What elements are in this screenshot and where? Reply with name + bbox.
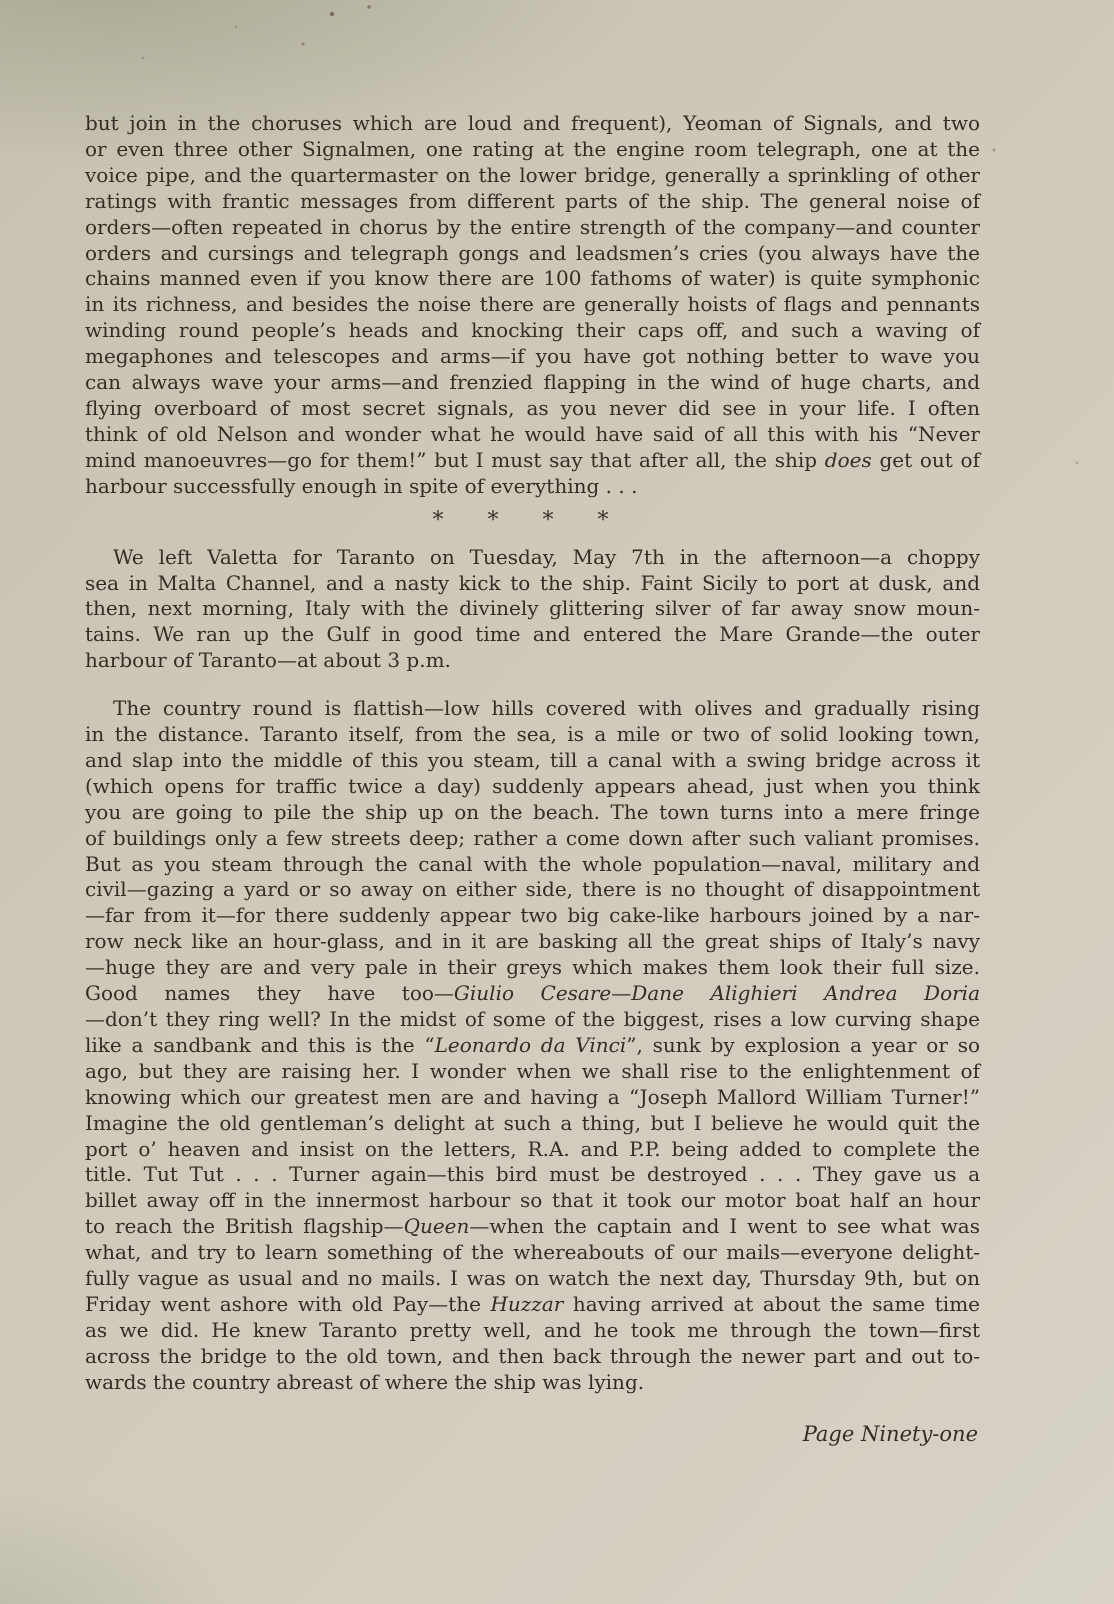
text-run: —when the captain and I went to see what…: [469, 1214, 980, 1238]
text-line: in its richness, and besides the noise t…: [85, 292, 980, 318]
text-line: orders and cursings and telegraph gongs …: [85, 241, 980, 267]
text-line: think of old Nelson and wonder what he w…: [85, 422, 980, 448]
text-run: ago, but they are raising her. I wonder …: [85, 1059, 980, 1083]
text-run: —far from it—for there suddenly appear t…: [85, 903, 980, 927]
paragraph: We left Valetta for Taranto on Tuesday, …: [85, 545, 980, 675]
text-run: in the distance. Taranto itself, from th…: [85, 722, 980, 746]
text-line: chains manned even if you know there are…: [85, 266, 980, 292]
paragraph: but join in the choruses which are loud …: [85, 111, 980, 500]
text-run: Huzzar: [490, 1292, 563, 1316]
paragraph: The country round is flattish—low hills …: [85, 696, 980, 1395]
text-line: fully vague as usual and no mails. I was…: [85, 1266, 980, 1292]
text-line: Good names they have too—Giulio Cesare—D…: [85, 981, 980, 1007]
asterisk-icon: *: [433, 508, 444, 534]
text-line: row neck like an hour-glass, and in it a…: [85, 929, 980, 955]
text-line: and slap into the middle of this you ste…: [85, 748, 980, 774]
text-run: But as you steam through the canal with …: [85, 852, 980, 876]
asterisk-icon: *: [543, 508, 554, 534]
text-run: tains. We ran up the Gulf in good time a…: [85, 622, 980, 646]
text-line: ago, but they are raising her. I wonder …: [85, 1059, 980, 1085]
text-line: (which opens for traffic twice a day) su…: [85, 774, 980, 800]
text-line: like a sandbank and this is the “Leonard…: [85, 1033, 980, 1059]
text-line: billet away off in the innermost harbour…: [85, 1188, 980, 1214]
text-line: winding round people’s heads and knockin…: [85, 318, 980, 344]
text-run: Leonardo da Vinci: [435, 1033, 627, 1057]
text-line: can always wave your arms—and frenzied f…: [85, 370, 980, 396]
page-number: Page Ninety-one: [85, 1422, 980, 1448]
text-line: harbour of Taranto—at about 3 p.m.: [85, 648, 980, 674]
text-run: knowing which our greatest men are and h…: [85, 1085, 980, 1109]
asterisk-icon: *: [488, 508, 499, 534]
page-text: but join in the choruses which are loud …: [85, 111, 980, 1396]
text-line: flying overboard of most secret signals,…: [85, 396, 980, 422]
text-run: megaphones and telescopes and arms—if yo…: [85, 344, 980, 368]
text-run: The country round is flattish—low hills …: [113, 696, 980, 720]
text-run: winding round people’s heads and knockin…: [85, 318, 980, 342]
text-line: or even three other Signalmen, one ratin…: [85, 137, 980, 163]
text-run: in its richness, and besides the noise t…: [85, 292, 980, 316]
text-line: —don’t they ring well? In the midst of s…: [85, 1007, 980, 1033]
text-line: knowing which our greatest men are and h…: [85, 1085, 980, 1111]
text-run: but join in the choruses which are loud …: [85, 111, 980, 135]
text-run: ”, sunk by explosion a year or so: [626, 1033, 980, 1057]
text-line: as we did. He knew Taranto pretty well, …: [85, 1318, 980, 1344]
text-line: across the bridge to the old town, and t…: [85, 1344, 980, 1370]
text-line: what, and try to learn something of the …: [85, 1240, 980, 1266]
text-run: title. Tut Tut . . . Turner again—this b…: [85, 1162, 980, 1186]
text-run: across the bridge to the old town, and t…: [85, 1344, 980, 1368]
text-line: then, next morning, Italy with the divin…: [85, 596, 980, 622]
asterisk-icon: *: [598, 508, 609, 534]
text-run: row neck like an hour-glass, and in it a…: [85, 929, 980, 953]
text-run: Imagine the old gentleman’s delight at s…: [85, 1111, 980, 1135]
text-run: and slap into the middle of this you ste…: [85, 748, 980, 772]
text-run: billet away off in the innermost harbour…: [85, 1188, 980, 1212]
book-page: but join in the choruses which are loud …: [0, 0, 1114, 1604]
text-run: does: [825, 448, 872, 472]
text-line: you are going to pile the ship up on the…: [85, 800, 980, 826]
text-line: wards the country abreast of where the s…: [85, 1370, 980, 1396]
text-run: sea in Malta Channel, and a nasty kick t…: [85, 571, 980, 595]
text-run: civil—gazing a yard or so away on either…: [85, 877, 980, 901]
text-line: We left Valetta for Taranto on Tuesday, …: [85, 545, 980, 571]
text-run: Giulio Cesare: [454, 981, 611, 1005]
text-line: of buildings only a few streets deep; ra…: [85, 826, 980, 852]
text-line: But as you steam through the canal with …: [85, 852, 980, 878]
text-run: mind manoeuvres—go for them!” but I must…: [85, 448, 825, 472]
text-line: in the distance. Taranto itself, from th…: [85, 722, 980, 748]
text-run: you are going to pile the ship up on the…: [85, 800, 980, 824]
text-run: fully vague as usual and no mails. I was…: [85, 1266, 980, 1290]
text-line: voice pipe, and the quartermaster on the…: [85, 163, 980, 189]
text-run: get out of: [872, 448, 980, 472]
text-run: —: [611, 981, 631, 1005]
text-line: ratings with frantic messages from diffe…: [85, 189, 980, 215]
text-run: Good names they have too—: [85, 981, 454, 1005]
text-run: voice pipe, and the quartermaster on the…: [85, 163, 980, 187]
text-line: title. Tut Tut . . . Turner again—this b…: [85, 1162, 980, 1188]
section-separator: ****: [73, 508, 968, 534]
text-run: like a sandbank and this is the “: [85, 1033, 435, 1057]
text-line: mind manoeuvres—go for them!” but I must…: [85, 448, 980, 474]
text-run: flying overboard of most secret signals,…: [85, 396, 980, 420]
text-run: then, next morning, Italy with the divin…: [85, 596, 980, 620]
text-run: orders and cursings and telegraph gongs …: [85, 241, 980, 265]
text-line: tains. We ran up the Gulf in good time a…: [85, 622, 980, 648]
text-run: orders—often repeated in chorus by the e…: [85, 215, 980, 239]
text-run: —huge they are and very pale in their gr…: [85, 955, 980, 979]
text-run: think of old Nelson and wonder what he w…: [85, 422, 980, 446]
text-run: (which opens for traffic twice a day) su…: [85, 774, 980, 798]
text-run: We left Valetta for Taranto on Tuesday, …: [113, 545, 980, 569]
text-run: can always wave your arms—and frenzied f…: [85, 370, 980, 394]
text-run: chains manned even if you know there are…: [85, 266, 980, 290]
text-run: —don’t they ring well? In the midst of s…: [85, 1007, 980, 1031]
text-run: what, and try to learn something of the …: [85, 1240, 980, 1264]
text-line: but join in the choruses which are loud …: [85, 111, 980, 137]
text-run: wards the country abreast of where the s…: [85, 1370, 644, 1394]
text-run: of buildings only a few streets deep; ra…: [85, 826, 980, 850]
text-line: sea in Malta Channel, and a nasty kick t…: [85, 571, 980, 597]
text-line: The country round is flattish—low hills …: [85, 696, 980, 722]
text-line: port o’ heaven and insist on the letters…: [85, 1137, 980, 1163]
text-line: Imagine the old gentleman’s delight at s…: [85, 1111, 980, 1137]
text-run: Dane Alighieri Andrea Doria: [631, 981, 980, 1005]
text-line: —huge they are and very pale in their gr…: [85, 955, 980, 981]
text-line: —far from it—for there suddenly appear t…: [85, 903, 980, 929]
text-run: as we did. He knew Taranto pretty well, …: [85, 1318, 980, 1342]
text-line: Friday went ashore with old Pay—the Huzz…: [85, 1292, 980, 1318]
text-run: Queen: [404, 1214, 470, 1238]
text-run: ratings with frantic messages from diffe…: [85, 189, 980, 213]
text-line: civil—gazing a yard or so away on either…: [85, 877, 980, 903]
text-run: Friday went ashore with old Pay—the: [85, 1292, 490, 1316]
text-line: harbour successfully enough in spite of …: [85, 474, 980, 500]
text-run: harbour successfully enough in spite of …: [85, 474, 637, 498]
text-run: to reach the British flagship—: [85, 1214, 404, 1238]
text-run: port o’ heaven and insist on the letters…: [85, 1137, 980, 1161]
text-line: to reach the British flagship—Queen—when…: [85, 1214, 980, 1240]
text-run: harbour of Taranto—at about 3 p.m.: [85, 648, 451, 672]
text-run: having arrived at about the same time: [563, 1292, 980, 1316]
text-line: orders—often repeated in chorus by the e…: [85, 215, 980, 241]
text-run: or even three other Signalmen, one ratin…: [85, 137, 980, 161]
text-line: megaphones and telescopes and arms—if yo…: [85, 344, 980, 370]
